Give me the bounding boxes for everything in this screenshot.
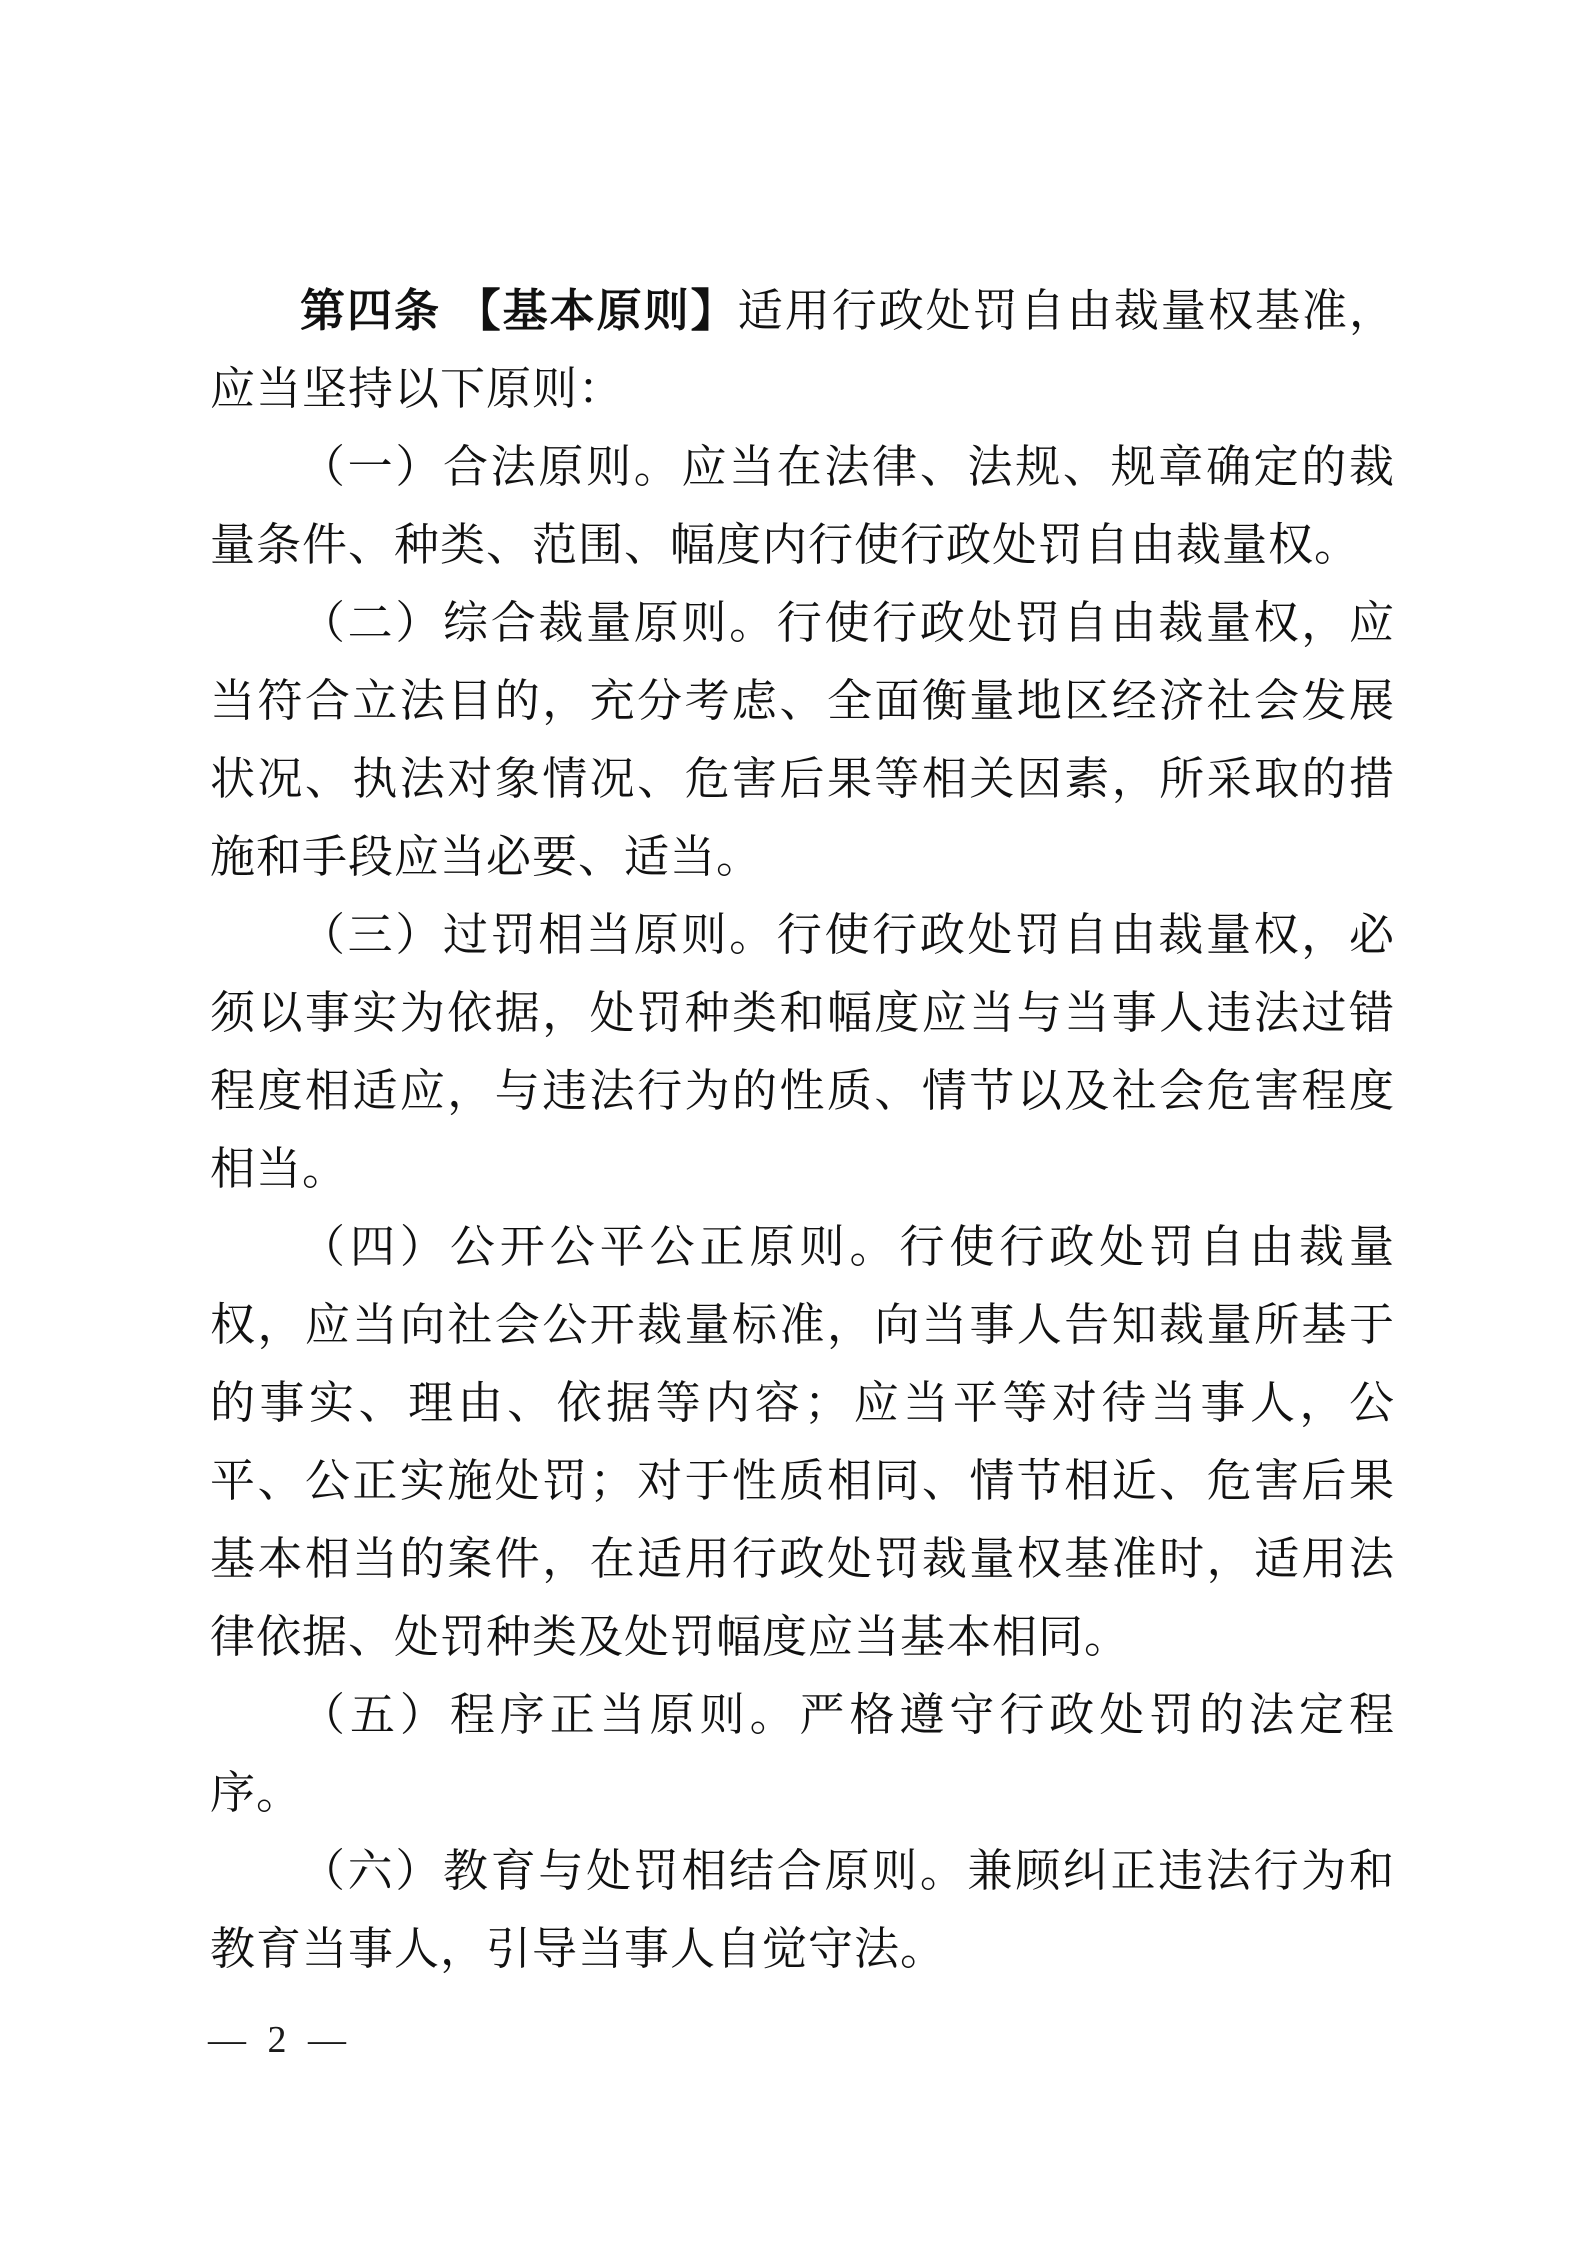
paragraph-item-3: （三）过罚相当原则。行使行政处罚自由裁量权，必须以事实为依据，处罚种类和幅度应当…: [210, 896, 1395, 1208]
paragraph-text: （五）程序正当原则。严格遵守行政处罚的法定程序。: [210, 1690, 1395, 1818]
document-page: 第四条 【基本原则】适用行政处罚自由裁量权基准，应当坚持以下原则： （一）合法原…: [0, 0, 1587, 2245]
paragraph-text: （三）过罚相当原则。行使行政处罚自由裁量权，必须以事实为依据，处罚种类和幅度应当…: [210, 910, 1395, 1194]
page-number: — 2 —: [208, 2016, 352, 2064]
article-heading: 第四条 【基本原则】: [300, 285, 738, 336]
paragraph-text: （六）教育与处罚相结合原则。兼顾纠正违法行为和教育当事人，引导当事人自觉守法。: [210, 1846, 1395, 1974]
paragraph-item-5: （五）程序正当原则。严格遵守行政处罚的法定程序。: [210, 1676, 1395, 1832]
paragraph-article-4: 第四条 【基本原则】适用行政处罚自由裁量权基准，应当坚持以下原则：: [210, 272, 1395, 428]
paragraph-item-2: （二）综合裁量原则。行使行政处罚自由裁量权，应当符合立法目的，充分考虑、全面衡量…: [210, 584, 1395, 896]
paragraph-item-6: （六）教育与处罚相结合原则。兼顾纠正违法行为和教育当事人，引导当事人自觉守法。: [210, 1832, 1395, 1988]
document-body: 第四条 【基本原则】适用行政处罚自由裁量权基准，应当坚持以下原则： （一）合法原…: [210, 272, 1395, 1988]
paragraph-item-4: （四）公开公平公正原则。行使行政处罚自由裁量权，应当向社会公开裁量标准，向当事人…: [210, 1208, 1395, 1676]
paragraph-text: （四）公开公平公正原则。行使行政处罚自由裁量权，应当向社会公开裁量标准，向当事人…: [210, 1222, 1395, 1662]
paragraph-text: （一）合法原则。应当在法律、法规、规章确定的裁量条件、种类、范围、幅度内行使行政…: [210, 442, 1395, 570]
paragraph-text: （二）综合裁量原则。行使行政处罚自由裁量权，应当符合立法目的，充分考虑、全面衡量…: [210, 598, 1395, 882]
paragraph-item-1: （一）合法原则。应当在法律、法规、规章确定的裁量条件、种类、范围、幅度内行使行政…: [210, 428, 1395, 584]
